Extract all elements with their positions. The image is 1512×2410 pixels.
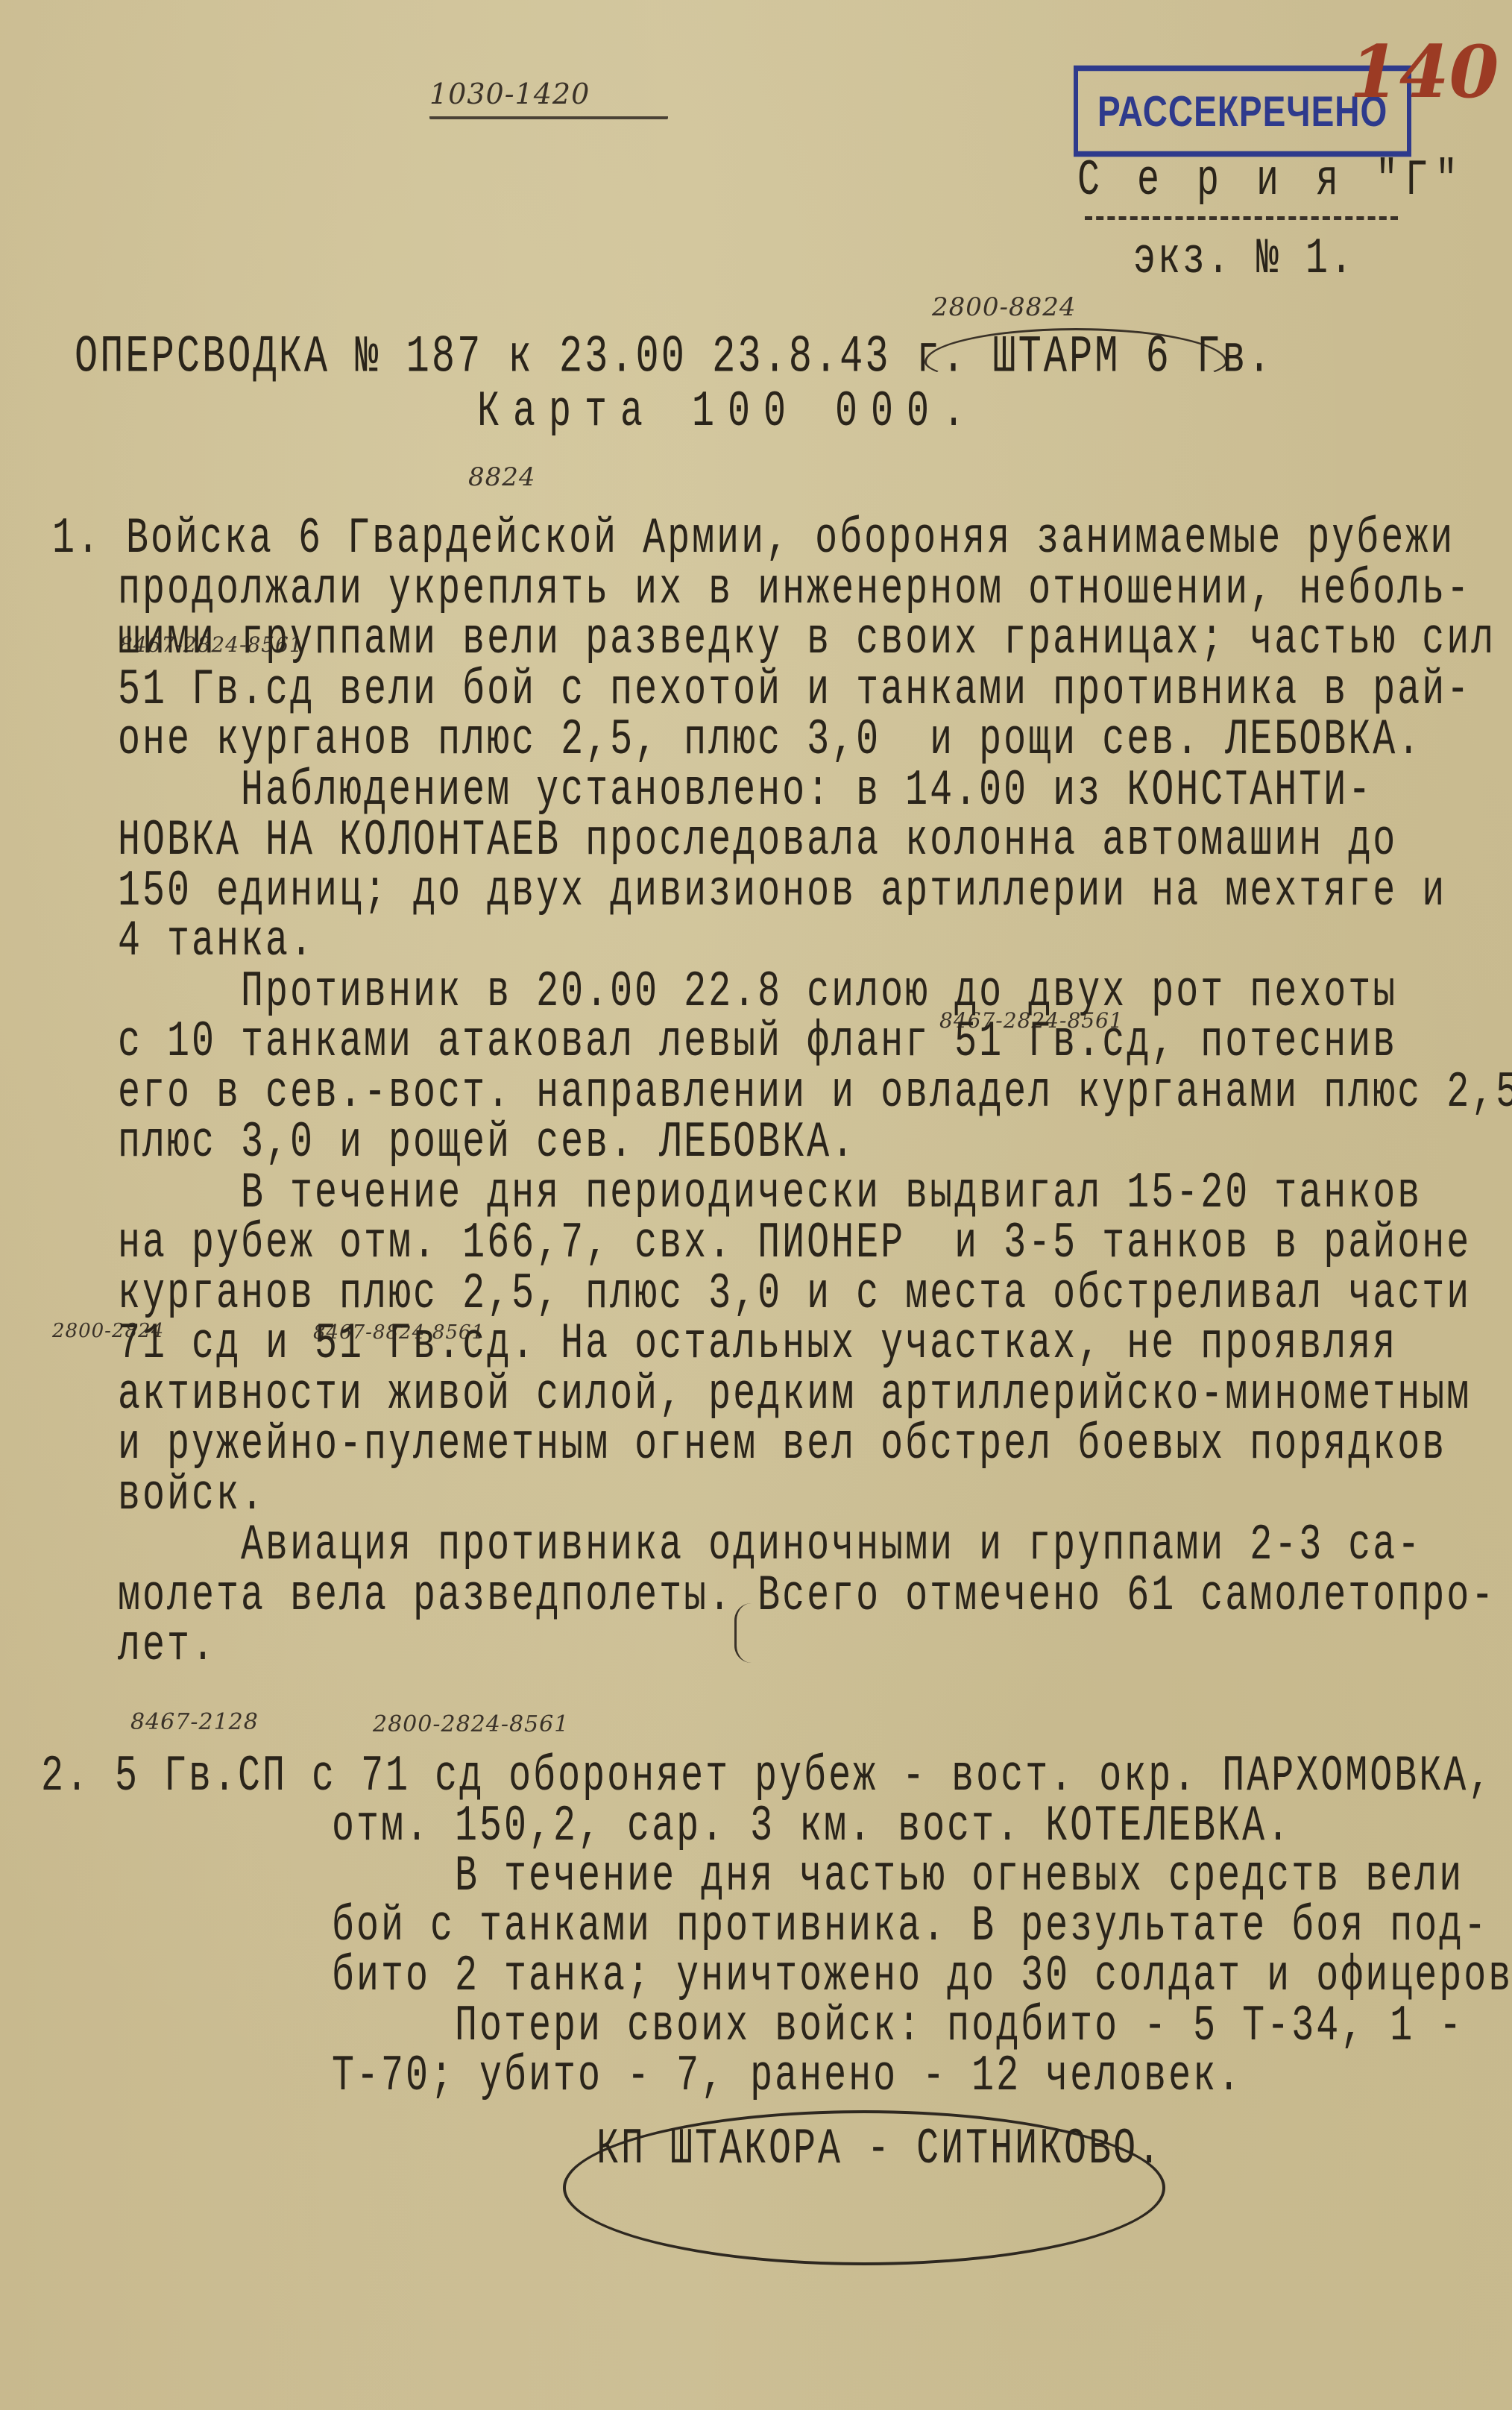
text-line: войск. <box>118 1471 265 1522</box>
margin-bracket <box>734 1603 752 1663</box>
page-number-mark: 140 <box>1349 30 1499 114</box>
series-divider <box>1085 216 1398 220</box>
text-line: оне курганов плюс 2,5, плюс 3,0 и рощи с… <box>118 716 1422 767</box>
report-title: ОПЕРСВОДКА № 187 к 23.00 23.8.43 г. ШТАР… <box>75 332 1273 384</box>
text-line: В течение дня частью огневых средств вел… <box>332 1852 1464 1903</box>
text-line: Т-70; убито - 7, ранено - 12 человек. <box>332 2052 1242 2103</box>
annotation-unit-code: 8824 <box>468 462 536 492</box>
text-line: отм. 150,2, сар. 3 км. вост. КОТЕЛЕВКА. <box>332 1802 1291 1853</box>
text-line: НОВКА НА КОЛОНТАЕВ проследовала колонна … <box>118 817 1397 867</box>
text-line: Противник в 20.00 22.8 силою до двух рот… <box>118 968 1397 1019</box>
text-line: бито 2 танка; уничтожено до 30 солдат и … <box>332 1952 1512 2003</box>
text-line: молета вела разведполеты. Всего отмечено… <box>118 1572 1496 1623</box>
map-scale: Карта 100 000. <box>477 388 978 438</box>
annotation-unit-code: 8467-2128 <box>130 1709 259 1735</box>
text-line: 150 единиц; до двух дивизионов артиллери… <box>118 867 1446 918</box>
text-line: 1. Войска 6 Гвардейской Армии, обороняя … <box>52 515 1455 565</box>
text-line: Авиация противника одиночными и группами… <box>118 1521 1422 1572</box>
text-line: 51 Гв.сд вели бой с пехотой и танками пр… <box>118 666 1471 717</box>
text-line: его в сев.-вост. направлении и овладел к… <box>118 1069 1512 1119</box>
command-post-location: КП ШТАКОРА - СИТНИКОВО. <box>596 2125 1162 2176</box>
text-line: курганов плюс 2,5, плюс 3,0 и с места об… <box>118 1270 1471 1321</box>
series-label: С е р и я "Г" <box>1077 157 1465 207</box>
text-line: и ружейно-пулеметным огнем вел обстрел б… <box>118 1420 1446 1471</box>
text-line: плюс 3,0 и рощей сев. ЛЕБОВКА. <box>118 1119 856 1169</box>
text-line: 71 сд и 51 Гв.сд. На остальных участках,… <box>118 1320 1397 1371</box>
text-line: Потери своих войск: подбито - 5 Т-34, 1 … <box>332 2002 1464 2053</box>
text-line: 2. 5 Гв.СП с 71 сд обороняет рубеж - вос… <box>41 1752 1493 1803</box>
text-line: продолжали укреплять их в инженерном отн… <box>118 565 1471 616</box>
text-line: бой с танками противника. В результате б… <box>332 1902 1488 1953</box>
text-line: на рубеж отм. 166,7, свх. ПИОНЕР и 3-5 т… <box>118 1219 1471 1270</box>
text-line: 4 танка. <box>118 917 315 968</box>
text-line: с 10 танками атаковал левый фланг 51 Гв.… <box>118 1018 1397 1069</box>
text-line: шими группами вели разведку в своих гран… <box>118 615 1496 666</box>
text-line: Наблюдением установлено: в 14.00 из КОНС… <box>118 767 1373 817</box>
title-annotation: 2800-8824 <box>932 292 1077 322</box>
archive-reference: 1030-1420 <box>429 78 668 119</box>
text-line: активности живой силой, редким артиллери… <box>118 1371 1471 1421</box>
text-line: В течение дня периодически выдвигал 15-2… <box>118 1169 1422 1220</box>
text-line: лет. <box>118 1622 216 1673</box>
copy-number: экз. № 1. <box>1133 235 1355 286</box>
annotation-unit-code: 2800-2824-8561 <box>373 1711 569 1737</box>
